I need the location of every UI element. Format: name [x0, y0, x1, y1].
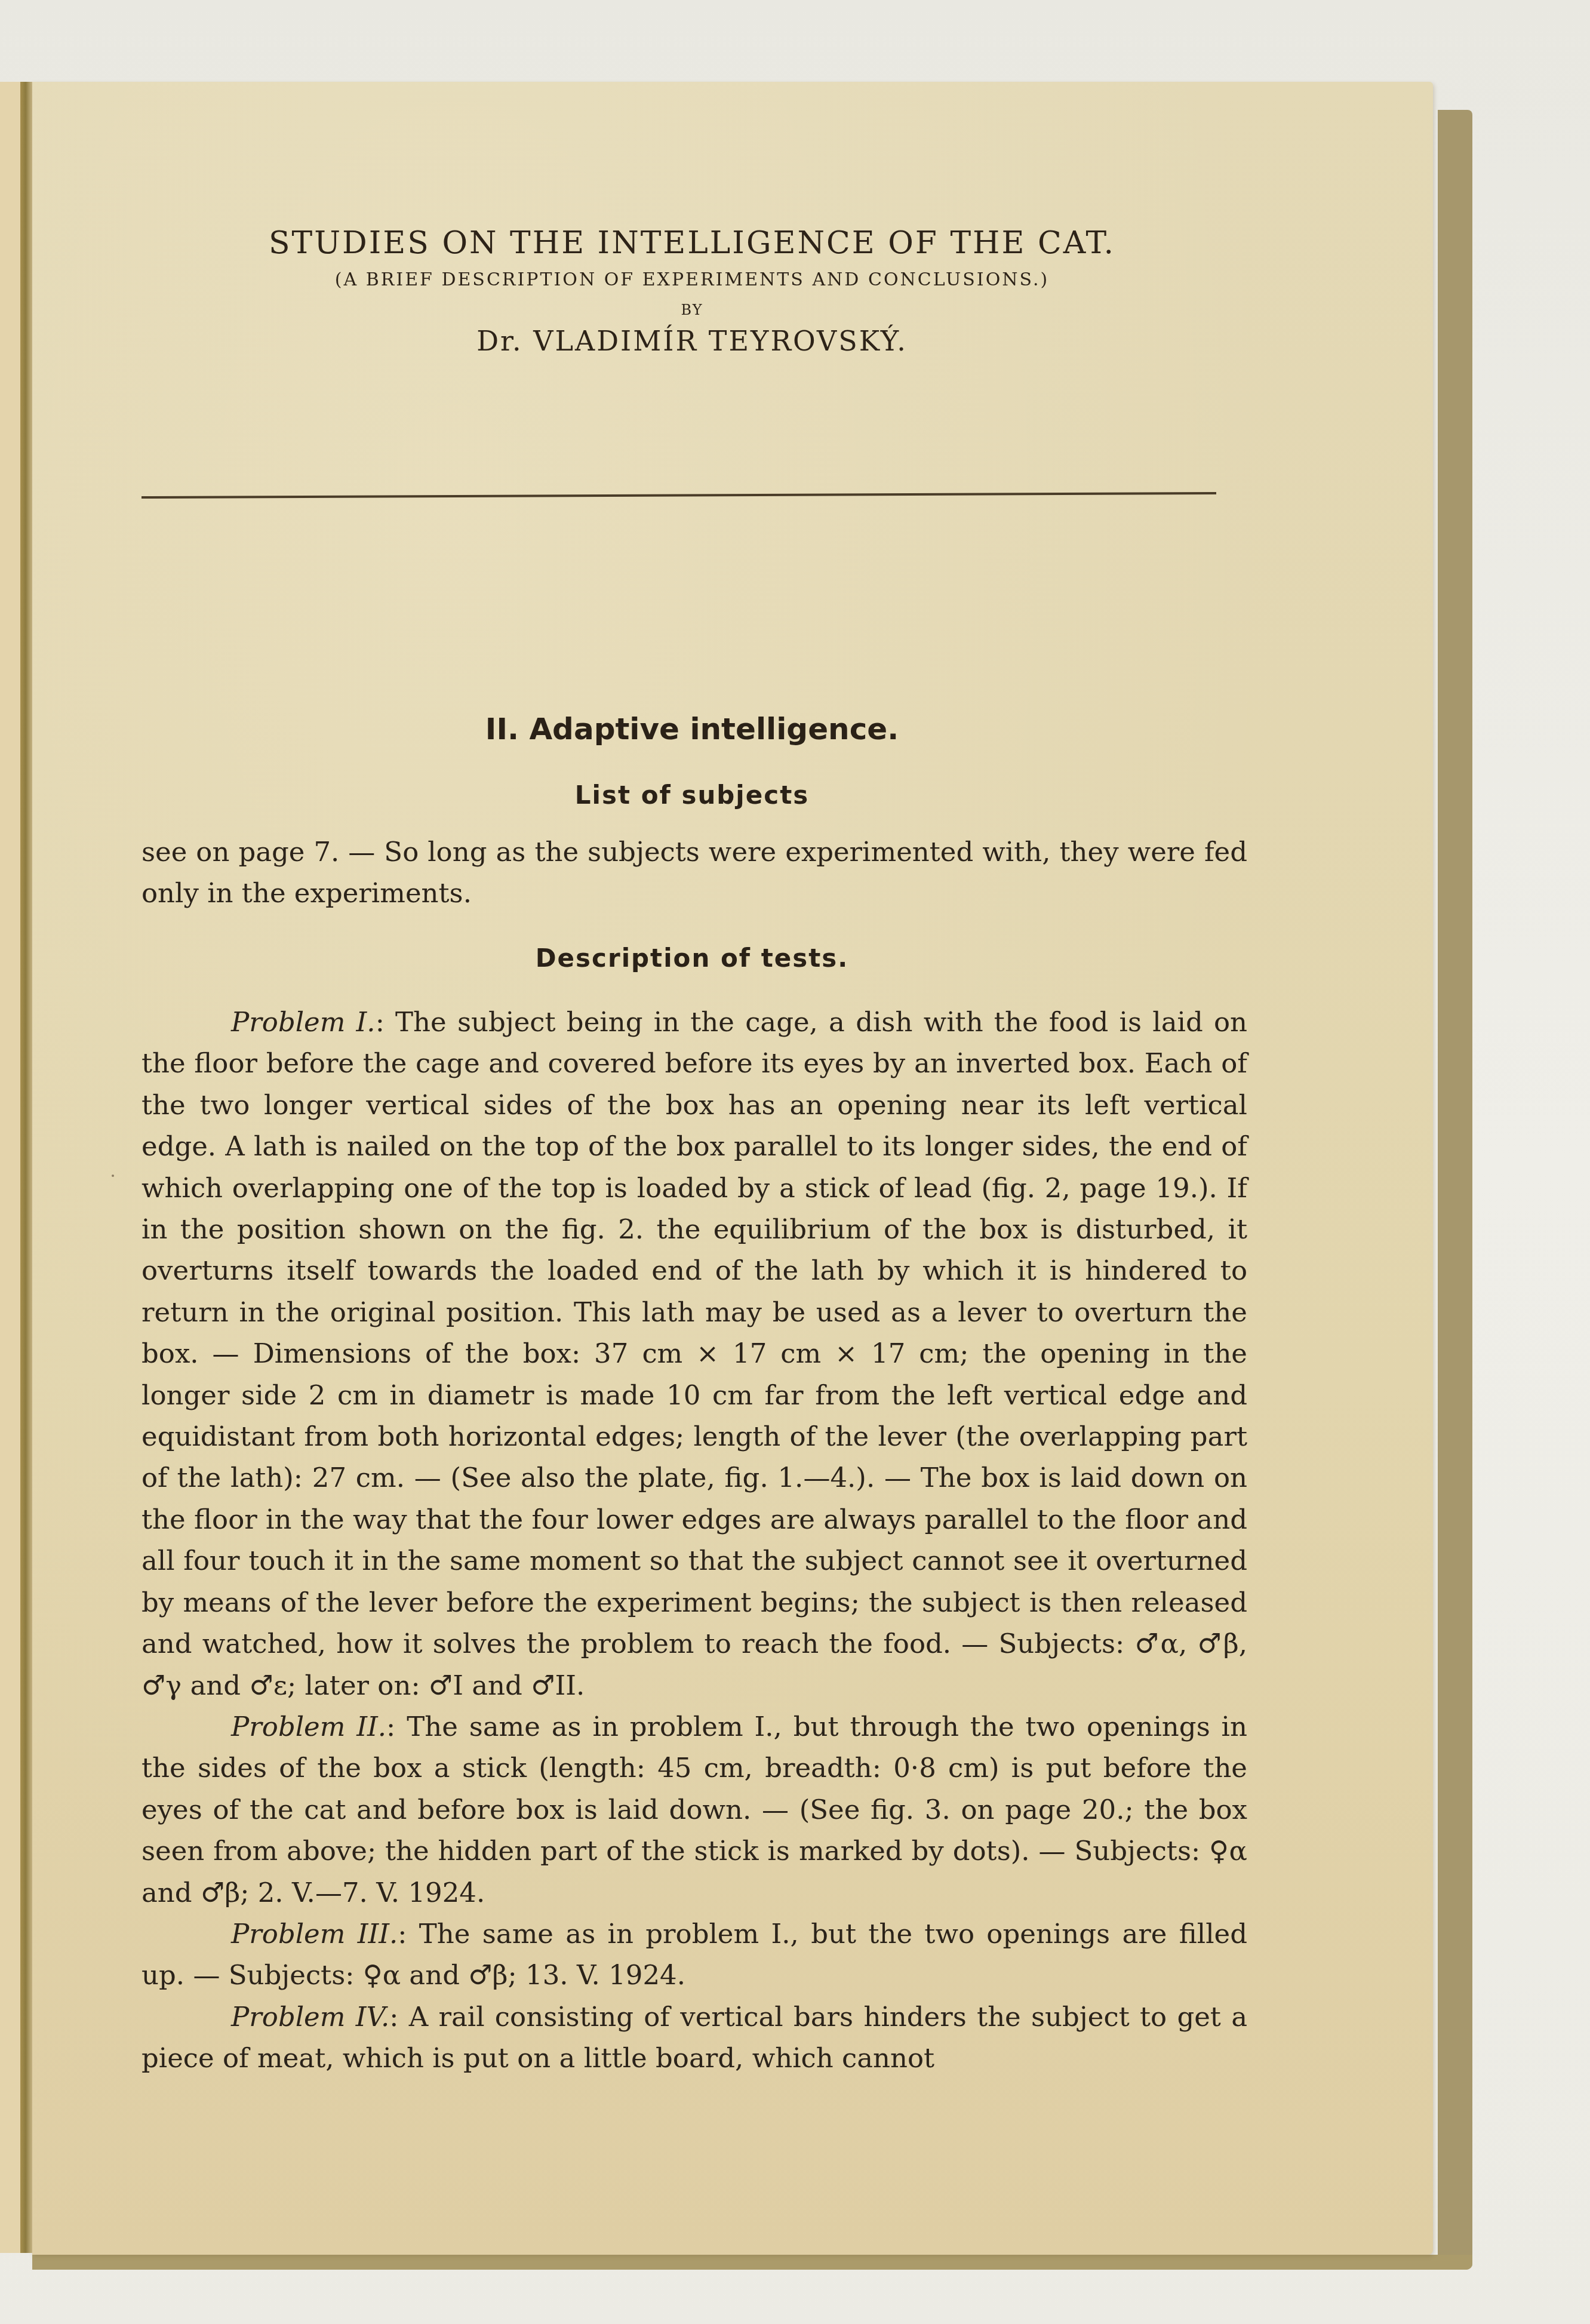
problem-paragraph: Problem IV.: A rail consisting of vertic… [142, 1996, 1247, 2079]
article-title: STUDIES ON THE INTELLIGENCE OF THE CAT. [140, 222, 1244, 264]
paper-speck [112, 1175, 114, 1177]
problem-label: Problem I. [231, 1006, 376, 1038]
problem-label: Problem IV. [231, 2001, 389, 2033]
article-subtitle: (A BRIEF DESCRIPTION OF EXPERIMENTS AND … [140, 266, 1244, 294]
document-page: STUDIES ON THE INTELLIGENCE OF THE CAT. … [32, 82, 1433, 2255]
book-gutter [20, 82, 32, 2253]
subjects-heading: List of subjects [140, 780, 1244, 810]
subjects-text: see on page 7. — So long as the subjects… [142, 831, 1247, 914]
tests-heading: Description of tests. [140, 943, 1244, 973]
author-name: Dr. VLADIMÍR TEYROVSKÝ. [140, 322, 1244, 359]
problems-list: Problem I.: The subject being in the cag… [142, 1001, 1247, 2079]
problem-label: Problem II. [231, 1711, 386, 1742]
byline-label: BY [140, 297, 1244, 322]
section-heading: II. Adaptive intelligence. [140, 712, 1244, 746]
problem-paragraph: Problem III.: The same as in problem I.,… [142, 1913, 1247, 1996]
problem-paragraph: Problem I.: The subject being in the cag… [142, 1001, 1247, 1706]
header-divider [142, 492, 1216, 499]
problem-label: Problem III. [231, 1918, 398, 1950]
problem-paragraph: Problem II.: The same as in problem I., … [142, 1706, 1247, 1913]
back-cover-bottom-edge [32, 2255, 1472, 2270]
article-header: STUDIES ON THE INTELLIGENCE OF THE CAT. … [140, 222, 1244, 359]
subjects-paragraph: see on page 7. — So long as the subjects… [142, 831, 1247, 914]
left-page-edge [0, 82, 20, 2253]
back-cover-edge [1438, 110, 1472, 2270]
problem-text: : The subject being in the cage, a dish … [142, 1006, 1247, 1701]
